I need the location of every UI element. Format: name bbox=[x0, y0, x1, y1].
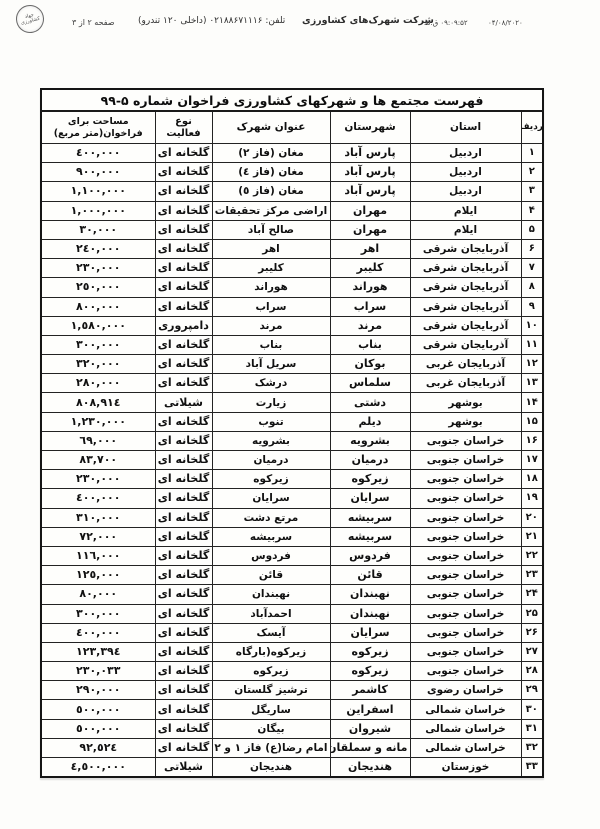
table-row: ۱۸ خراسان جنوبی زیرکوه زیرکوه گلخانه ای … bbox=[41, 470, 543, 489]
cell-activity: گلخانه ای bbox=[155, 604, 212, 623]
cell-activity: گلخانه ای bbox=[155, 700, 212, 719]
cell-area: ٢٩٠,٠٠٠ bbox=[41, 681, 155, 700]
cell-county: زیرکوه bbox=[330, 642, 410, 661]
cell-row-number: ۱۳ bbox=[521, 374, 543, 393]
cell-town: زیرکوه bbox=[212, 662, 330, 681]
table-row: ۳۰ خراسان شمالی اسفراین ساریگل گلخانه ای… bbox=[41, 700, 543, 719]
towns-table: فهرست مجتمع ها و شهرکهای کشاورزی فراخوان… bbox=[40, 88, 544, 778]
cell-town: سربیشه bbox=[212, 527, 330, 546]
cell-province: آذربایجان شرقی bbox=[410, 278, 521, 297]
cell-province: خراسان جنوبی bbox=[410, 662, 521, 681]
cell-town: زیارت bbox=[212, 393, 330, 412]
cell-row-number: ۲۸ bbox=[521, 662, 543, 681]
cell-area: ٤,٥٠٠,٠٠٠ bbox=[41, 758, 155, 778]
cell-county: مهران bbox=[330, 201, 410, 220]
cell-province: خراسان جنوبی bbox=[410, 489, 521, 508]
cell-town: بشرویه bbox=[212, 431, 330, 450]
cell-county: مانه و سملقان bbox=[330, 738, 410, 757]
cell-row-number: ۳۱ bbox=[521, 719, 543, 738]
cell-row-number: ۲۹ bbox=[521, 681, 543, 700]
cell-activity: دامپروری bbox=[155, 316, 212, 335]
cell-province: خراسان شمالی bbox=[410, 700, 521, 719]
cell-county: درمیان bbox=[330, 451, 410, 470]
cell-activity: گلخانه ای bbox=[155, 508, 212, 527]
cell-county: پارس آباد bbox=[330, 144, 410, 163]
cell-activity: گلخانه ای bbox=[155, 546, 212, 565]
cell-row-number: ۴ bbox=[521, 201, 543, 220]
cell-county: فردوس bbox=[330, 546, 410, 565]
table-title: فهرست مجتمع ها و شهرکهای کشاورزی فراخوان… bbox=[41, 89, 543, 111]
cell-activity: گلخانه ای bbox=[155, 412, 212, 431]
cell-activity: گلخانه ای bbox=[155, 374, 212, 393]
cell-area: ٩٠٠,٠٠٠ bbox=[41, 163, 155, 182]
table-row: ۲۷ خراسان جنوبی زیرکوه زیرکوه(بارگاه گلخ… bbox=[41, 642, 543, 661]
cell-county: هوراند bbox=[330, 278, 410, 297]
cell-town: زیرکوه(بارگاه bbox=[212, 642, 330, 661]
cell-county: سرایان bbox=[330, 489, 410, 508]
cell-area: ٣٠٠,٠٠٠ bbox=[41, 335, 155, 354]
table-row: ۱ اردبیل پارس آباد مغان (فاز ۲) گلخانه ا… bbox=[41, 144, 543, 163]
cell-activity: گلخانه ای bbox=[155, 681, 212, 700]
cell-town: اهر bbox=[212, 239, 330, 258]
cell-town: هوراند bbox=[212, 278, 330, 297]
cell-row-number: ۶ bbox=[521, 239, 543, 258]
table-row: ۳۲ خراسان شمالی مانه و سملقان امام رضا(ع… bbox=[41, 738, 543, 757]
cell-county: زیرکوه bbox=[330, 470, 410, 489]
cell-activity: گلخانه ای bbox=[155, 335, 212, 354]
table-row: ۲ اردبیل پارس آباد مغان (فاز ٤) گلخانه ا… bbox=[41, 163, 543, 182]
cell-county: دشتی bbox=[330, 393, 410, 412]
cell-activity: گلخانه ای bbox=[155, 527, 212, 546]
cell-province: بوشهر bbox=[410, 393, 521, 412]
table-row: ۲۶ خراسان جنوبی سرایان آیسک گلخانه ای ٤٠… bbox=[41, 623, 543, 642]
cell-area: ٥٠٠,٠٠٠ bbox=[41, 719, 155, 738]
table-row: ۹ آذربایجان شرقی سراب سراب گلخانه ای ٨٠٠… bbox=[41, 297, 543, 316]
cell-activity: گلخانه ای bbox=[155, 182, 212, 201]
cell-activity: گلخانه ای bbox=[155, 642, 212, 661]
table-row: ۵ ایلام مهران صالح آباد گلخانه ای ٣٠,٠٠٠ bbox=[41, 220, 543, 239]
cell-county: مهران bbox=[330, 220, 410, 239]
cell-province: خوزستان bbox=[410, 758, 521, 778]
cell-row-number: ۲۳ bbox=[521, 566, 543, 585]
table-row: ۸ آذربایجان شرقی هوراند هوراند گلخانه ای… bbox=[41, 278, 543, 297]
cell-row-number: ۲۶ bbox=[521, 623, 543, 642]
cell-province: آذربایجان غربی bbox=[410, 355, 521, 374]
stamp-text: جهاد کشاورزی bbox=[16, 11, 44, 28]
cell-row-number: ۲ bbox=[521, 163, 543, 182]
document-page: جهاد کشاورزی صفحه ۲ از ۳ تلفن: ۰۲۱۸۸۶۷۱۱… bbox=[0, 0, 600, 829]
col-header-county: شهرستان bbox=[330, 111, 410, 144]
table-row: ۲۴ خراسان جنوبی نهبندان نهبندان گلخانه ا… bbox=[41, 585, 543, 604]
col-header-area: مساحت برای فراخوان(متر مربع) bbox=[41, 111, 155, 144]
cell-area: ٢٨٠,٠٠٠ bbox=[41, 374, 155, 393]
cell-province: خراسان جنوبی bbox=[410, 604, 521, 623]
page-header: جهاد کشاورزی صفحه ۲ از ۳ تلفن: ۰۲۱۸۸۶۷۱۱… bbox=[0, 0, 600, 44]
cell-town: بیگان bbox=[212, 719, 330, 738]
cell-county: پارس آباد bbox=[330, 163, 410, 182]
cell-area: ٢٣٠,٠٠٠ bbox=[41, 470, 155, 489]
cell-row-number: ۹ bbox=[521, 297, 543, 316]
cell-province: آذربایجان شرقی bbox=[410, 259, 521, 278]
table-row: ۴ ایلام مهران اراضی مرکز تحقیقات گلخانه … bbox=[41, 201, 543, 220]
cell-town: تنوب bbox=[212, 412, 330, 431]
cell-town: احمدآباد bbox=[212, 604, 330, 623]
cell-province: خراسان جنوبی bbox=[410, 546, 521, 565]
cell-town: کلیبر bbox=[212, 259, 330, 278]
cell-row-number: ۷ bbox=[521, 259, 543, 278]
cell-activity: گلخانه ای bbox=[155, 259, 212, 278]
table-row: ۳۳ خوزستان هندیجان هندیجان شیلاتی ٤,٥٠٠,… bbox=[41, 758, 543, 778]
cell-province: خراسان جنوبی bbox=[410, 623, 521, 642]
table-row: ۲۵ خراسان جنوبی نهبندان احمدآباد گلخانه … bbox=[41, 604, 543, 623]
table-row: ۷ آذربایجان شرقی کلیبر کلیبر گلخانه ای ٢… bbox=[41, 259, 543, 278]
cell-area: ٦٩,٠٠٠ bbox=[41, 431, 155, 450]
cell-province: خراسان جنوبی bbox=[410, 451, 521, 470]
table-row: ۱۶ خراسان جنوبی بشرویه بشرویه گلخانه ای … bbox=[41, 431, 543, 450]
cell-activity: گلخانه ای bbox=[155, 163, 212, 182]
cell-county: مرند bbox=[330, 316, 410, 335]
cell-row-number: ۱۴ bbox=[521, 393, 543, 412]
cell-activity: گلخانه ای bbox=[155, 297, 212, 316]
cell-row-number: ۱۸ bbox=[521, 470, 543, 489]
cell-area: ٨٠٠,٠٠٠ bbox=[41, 297, 155, 316]
cell-area: ٣٢٠,٠٠٠ bbox=[41, 355, 155, 374]
cell-province: اردبیل bbox=[410, 163, 521, 182]
table-row: ۲۱ خراسان جنوبی سربیشه سربیشه گلخانه ای … bbox=[41, 527, 543, 546]
cell-province: خراسان جنوبی bbox=[410, 508, 521, 527]
table-row: ۱۵ بوشهر دیلم تنوب گلخانه ای ١,٢٣٠,٠٠٠ bbox=[41, 412, 543, 431]
header-company-name: شرکت شهرک‌های کشاورزی bbox=[302, 15, 434, 26]
cell-province: خراسان شمالی bbox=[410, 738, 521, 757]
cell-activity: گلخانه ای bbox=[155, 738, 212, 757]
col-header-row-number: ردیف bbox=[521, 111, 543, 144]
cell-row-number: ۳ bbox=[521, 182, 543, 201]
cell-province: خراسان جنوبی bbox=[410, 431, 521, 450]
cell-area: ٢٣٠,٠٣٣ bbox=[41, 662, 155, 681]
cell-county: سرایان bbox=[330, 623, 410, 642]
cell-area: ١,٢٣٠,٠٠٠ bbox=[41, 412, 155, 431]
cell-town: هندیجان bbox=[212, 758, 330, 778]
cell-row-number: ۱۲ bbox=[521, 355, 543, 374]
cell-area: ٢٣٠,٠٠٠ bbox=[41, 259, 155, 278]
cell-province: خراسان رضوی bbox=[410, 681, 521, 700]
cell-province: خراسان جنوبی bbox=[410, 527, 521, 546]
cell-province: آذربایجان شرقی bbox=[410, 297, 521, 316]
cell-town: نهبندان bbox=[212, 585, 330, 604]
cell-county: پارس آباد bbox=[330, 182, 410, 201]
cell-activity: گلخانه ای bbox=[155, 431, 212, 450]
cell-town: قائن bbox=[212, 566, 330, 585]
cell-county: نهبندان bbox=[330, 585, 410, 604]
cell-town: مغان (فاز ٥) bbox=[212, 182, 330, 201]
cell-area: ٨٣,٧٠٠ bbox=[41, 451, 155, 470]
cell-area: ٤٠٠,٠٠٠ bbox=[41, 144, 155, 163]
cell-row-number: ۱۹ bbox=[521, 489, 543, 508]
cell-town: بناب bbox=[212, 335, 330, 354]
table-row: ۱۲ آذربایجان غربی بوکان سریل آباد گلخانه… bbox=[41, 355, 543, 374]
cell-row-number: ۲۰ bbox=[521, 508, 543, 527]
table-row: ۱۳ آذربایجان غربی سلماس درشک گلخانه ای ٢… bbox=[41, 374, 543, 393]
cell-county: دیلم bbox=[330, 412, 410, 431]
cell-row-number: ۸ bbox=[521, 278, 543, 297]
header-time: ۰۹:۰۹:۵۲ ق.ظ bbox=[424, 19, 468, 27]
table-row: ۱۹ خراسان جنوبی سرایان سرایان گلخانه ای … bbox=[41, 489, 543, 508]
cell-activity: گلخانه ای bbox=[155, 662, 212, 681]
cell-row-number: ۱ bbox=[521, 144, 543, 163]
cell-activity: گلخانه ای bbox=[155, 566, 212, 585]
cell-row-number: ۲۵ bbox=[521, 604, 543, 623]
cell-town: ساریگل bbox=[212, 700, 330, 719]
cell-activity: گلخانه ای bbox=[155, 278, 212, 297]
cell-county: سربیشه bbox=[330, 508, 410, 527]
cell-activity: گلخانه ای bbox=[155, 144, 212, 163]
cell-province: خراسان شمالی bbox=[410, 719, 521, 738]
cell-county: اهر bbox=[330, 239, 410, 258]
col-header-town: عنوان شهرک bbox=[212, 111, 330, 144]
table-row: ۲۳ خراسان جنوبی قائن قائن گلخانه ای ١٢٥,… bbox=[41, 566, 543, 585]
cell-town: درمیان bbox=[212, 451, 330, 470]
cell-town: مرتع دشت bbox=[212, 508, 330, 527]
cell-area: ٩٢,٥٢٤ bbox=[41, 738, 155, 757]
cell-province: خراسان جنوبی bbox=[410, 585, 521, 604]
cell-province: آذربایجان شرقی bbox=[410, 316, 521, 335]
cell-town: امام رضا(ع) فاز ۱ و ۲ bbox=[212, 738, 330, 757]
cell-activity: گلخانه ای bbox=[155, 623, 212, 642]
cell-row-number: ۵ bbox=[521, 220, 543, 239]
cell-town: آیسک bbox=[212, 623, 330, 642]
cell-area: ١٢٣,٣٩٤ bbox=[41, 642, 155, 661]
table-row: ۱۱ آذربایجان شرقی بناب بناب گلخانه ای ٣٠… bbox=[41, 335, 543, 354]
cell-area: ١٢٥,٠٠٠ bbox=[41, 566, 155, 585]
cell-area: ٢٤٠,٠٠٠ bbox=[41, 239, 155, 258]
table-row: ۱۷ خراسان جنوبی درمیان درمیان گلخانه ای … bbox=[41, 451, 543, 470]
ministry-stamp-icon: جهاد کشاورزی bbox=[13, 2, 47, 36]
header-date: ۰۴/۰۸/۲۰۲۰ bbox=[488, 19, 523, 27]
table-row: ۲۰ خراسان جنوبی سربیشه مرتع دشت گلخانه ا… bbox=[41, 508, 543, 527]
cell-county: قائن bbox=[330, 566, 410, 585]
cell-town: سرایان bbox=[212, 489, 330, 508]
col-header-province: استان bbox=[410, 111, 521, 144]
cell-activity: گلخانه ای bbox=[155, 451, 212, 470]
table-row: ۱۴ بوشهر دشتی زیارت شیلاتی ٨٠٨,٩١٤ bbox=[41, 393, 543, 412]
cell-area: ٣١٠,٠٠٠ bbox=[41, 508, 155, 527]
cell-province: اردبیل bbox=[410, 182, 521, 201]
cell-town: ترشیز گلستان bbox=[212, 681, 330, 700]
cell-row-number: ۳۰ bbox=[521, 700, 543, 719]
table-row: ۳۱ خراسان شمالی شیروان بیگان گلخانه ای ٥… bbox=[41, 719, 543, 738]
cell-province: آذربایجان شرقی bbox=[410, 239, 521, 258]
cell-province: خراسان جنوبی bbox=[410, 470, 521, 489]
cell-row-number: ۳۳ bbox=[521, 758, 543, 778]
cell-county: کلیبر bbox=[330, 259, 410, 278]
cell-row-number: ۱۵ bbox=[521, 412, 543, 431]
cell-row-number: ۱۷ bbox=[521, 451, 543, 470]
cell-town: مغان (فاز ٤) bbox=[212, 163, 330, 182]
table-body: ۱ اردبیل پارس آباد مغان (فاز ۲) گلخانه ا… bbox=[41, 144, 543, 778]
cell-county: کاشمر bbox=[330, 681, 410, 700]
cell-area: ٥٠٠,٠٠٠ bbox=[41, 700, 155, 719]
cell-area: ٨٠,٠٠٠ bbox=[41, 585, 155, 604]
cell-province: ایلام bbox=[410, 201, 521, 220]
page-indicator: صفحه ۲ از ۳ bbox=[72, 18, 115, 27]
cell-town: سریل آباد bbox=[212, 355, 330, 374]
cell-row-number: ۱۰ bbox=[521, 316, 543, 335]
cell-activity: گلخانه ای bbox=[155, 220, 212, 239]
cell-county: هندیجان bbox=[330, 758, 410, 778]
cell-town: فردوس bbox=[212, 546, 330, 565]
cell-province: بوشهر bbox=[410, 412, 521, 431]
cell-area: ٨٠٨,٩١٤ bbox=[41, 393, 155, 412]
cell-activity: گلخانه ای bbox=[155, 470, 212, 489]
cell-town: زیرکوه bbox=[212, 470, 330, 489]
cell-row-number: ۲۷ bbox=[521, 642, 543, 661]
cell-activity: گلخانه ای bbox=[155, 355, 212, 374]
cell-activity: گلخانه ای bbox=[155, 489, 212, 508]
cell-area: ٣٠,٠٠٠ bbox=[41, 220, 155, 239]
cell-area: ١,١٠٠,٠٠٠ bbox=[41, 182, 155, 201]
cell-area: ٧٢,٠٠٠ bbox=[41, 527, 155, 546]
table-title-row: فهرست مجتمع ها و شهرکهای کشاورزی فراخوان… bbox=[41, 89, 543, 111]
cell-row-number: ۲۲ bbox=[521, 546, 543, 565]
cell-row-number: ۲۱ bbox=[521, 527, 543, 546]
cell-county: بشرویه bbox=[330, 431, 410, 450]
table-row: ۱۰ آذربایجان شرقی مرند مرند دامپروری ١,٥… bbox=[41, 316, 543, 335]
table-header-row: ردیف استان شهرستان عنوان شهرک نوع فعالیت… bbox=[41, 111, 543, 144]
cell-county: اسفراین bbox=[330, 700, 410, 719]
table-row: ۲۲ خراسان جنوبی فردوس فردوس گلخانه ای ١١… bbox=[41, 546, 543, 565]
table-wrapper: فهرست مجتمع ها و شهرکهای کشاورزی فراخوان… bbox=[42, 88, 544, 778]
cell-activity: گلخانه ای bbox=[155, 585, 212, 604]
cell-town: سراب bbox=[212, 297, 330, 316]
cell-area: ١١٦,٠٠٠ bbox=[41, 546, 155, 565]
header-phone: تلفن: ۰۲۱۸۸۶۷۱۱۱۶ (داخلی ۱۲۰ تندرو) bbox=[138, 16, 285, 26]
cell-province: ایلام bbox=[410, 220, 521, 239]
cell-county: شیروان bbox=[330, 719, 410, 738]
cell-town: درشک bbox=[212, 374, 330, 393]
cell-row-number: ۱۱ bbox=[521, 335, 543, 354]
table-row: ۶ آذربایجان شرقی اهر اهر گلخانه ای ٢٤٠,٠… bbox=[41, 239, 543, 258]
table-row: ۳ اردبیل پارس آباد مغان (فاز ٥) گلخانه ا… bbox=[41, 182, 543, 201]
cell-province: خراسان جنوبی bbox=[410, 566, 521, 585]
cell-county: سلماس bbox=[330, 374, 410, 393]
cell-activity: گلخانه ای bbox=[155, 719, 212, 738]
cell-town: مغان (فاز ۲) bbox=[212, 144, 330, 163]
cell-activity: گلخانه ای bbox=[155, 239, 212, 258]
cell-county: زیرکوه bbox=[330, 662, 410, 681]
cell-row-number: ۳۲ bbox=[521, 738, 543, 757]
table-row: ۲۸ خراسان جنوبی زیرکوه زیرکوه گلخانه ای … bbox=[41, 662, 543, 681]
cell-town: صالح آباد bbox=[212, 220, 330, 239]
cell-county: بناب bbox=[330, 335, 410, 354]
cell-area: ٤٠٠,٠٠٠ bbox=[41, 489, 155, 508]
cell-province: خراسان جنوبی bbox=[410, 642, 521, 661]
cell-county: سراب bbox=[330, 297, 410, 316]
cell-county: بوکان bbox=[330, 355, 410, 374]
cell-area: ٢٥٠,٠٠٠ bbox=[41, 278, 155, 297]
cell-area: ١,٥٨٠,٠٠٠ bbox=[41, 316, 155, 335]
cell-activity: شیلاتی bbox=[155, 393, 212, 412]
cell-town: مرند bbox=[212, 316, 330, 335]
cell-county: سربیشه bbox=[330, 527, 410, 546]
cell-activity: گلخانه ای bbox=[155, 201, 212, 220]
cell-province: اردبیل bbox=[410, 144, 521, 163]
col-header-activity: نوع فعالیت bbox=[155, 111, 212, 144]
cell-town: اراضی مرکز تحقیقات bbox=[212, 201, 330, 220]
cell-area: ١,٠٠٠,٠٠٠ bbox=[41, 201, 155, 220]
cell-activity: شیلاتی bbox=[155, 758, 212, 778]
cell-county: نهبندان bbox=[330, 604, 410, 623]
cell-row-number: ۲۴ bbox=[521, 585, 543, 604]
cell-province: آذربایجان غربی bbox=[410, 374, 521, 393]
table-row: ۲۹ خراسان رضوی کاشمر ترشیز گلستان گلخانه… bbox=[41, 681, 543, 700]
cell-area: ٤٠٠,٠٠٠ bbox=[41, 623, 155, 642]
cell-row-number: ۱۶ bbox=[521, 431, 543, 450]
cell-area: ٣٠٠,٠٠٠ bbox=[41, 604, 155, 623]
cell-province: آذربایجان شرقی bbox=[410, 335, 521, 354]
